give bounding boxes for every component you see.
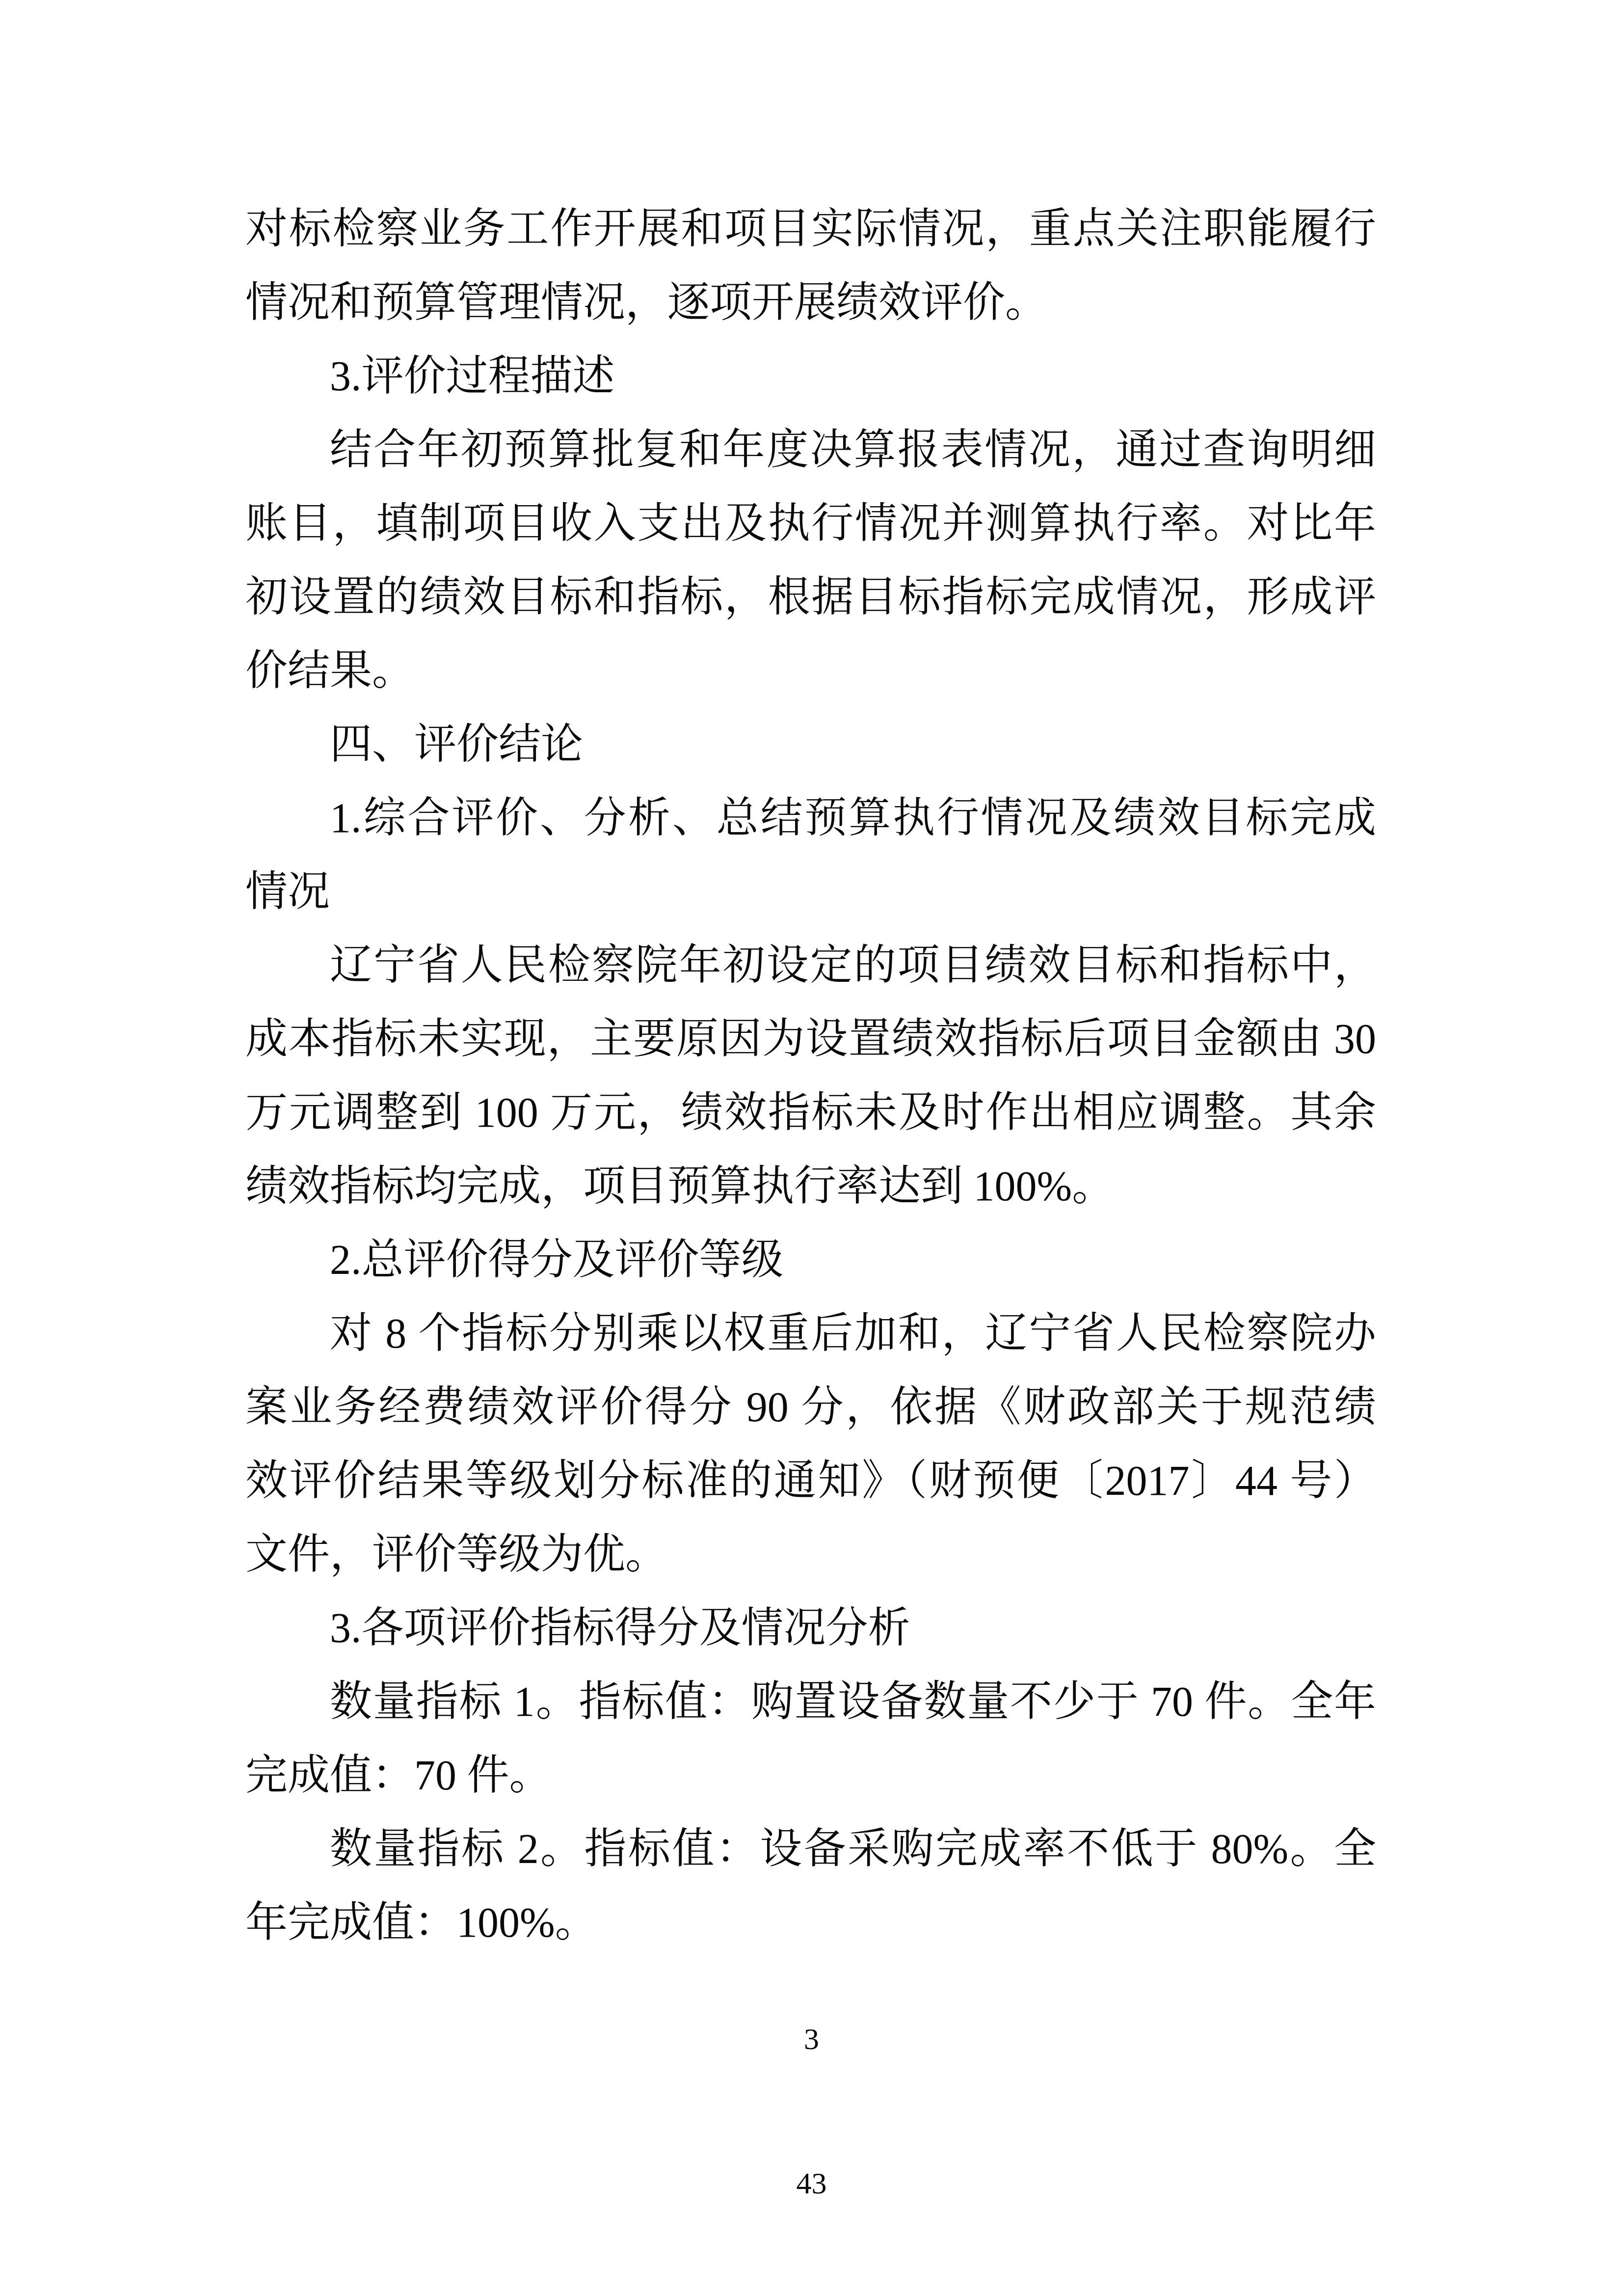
document-page: 对标检察业务工作开展和项目实际情况，重点关注职能履行 情况和预算管理情况，逐项开…: [0, 0, 1623, 2296]
text-line: 初设置的绩效目标和指标，根据目标指标完成情况，形成评: [245, 560, 1376, 634]
text-line: 数量指标 2。指标值：设备采购完成率不低于 80%。全: [245, 1812, 1376, 1886]
text-line: 成本指标未实现，主要原因为设置绩效指标后项目金额由 30: [245, 1002, 1376, 1076]
text-line: 完成值：70 件。: [245, 1738, 1376, 1812]
text-line: 年完成值：100%。: [245, 1886, 1376, 1959]
text-line: 绩效指标均完成，项目预算执行率达到 100%。: [245, 1149, 1376, 1223]
text-line: 价结果。: [245, 634, 1376, 707]
text-line: 结合年初预算批复和年度决算报表情况，通过查询明细: [245, 413, 1376, 486]
text-line: 数量指标 1。指标值：购置设备数量不少于 70 件。全年: [245, 1665, 1376, 1738]
inner-page-number: 3: [0, 2022, 1623, 2056]
section-heading: 四、评价结论: [245, 707, 1376, 781]
text-line: 案业务经费绩效评价得分 90 分，依据《财政部关于规范绩: [245, 1370, 1376, 1444]
text-line: 辽宁省人民检察院年初设定的项目绩效目标和指标中，: [245, 928, 1376, 1002]
section-heading: 2.总评价得分及评价等级: [245, 1223, 1376, 1297]
text-line: 情况: [245, 855, 1376, 928]
text-line: 对标检察业务工作开展和项目实际情况，重点关注职能履行: [245, 192, 1376, 266]
document-body: 对标检察业务工作开展和项目实际情况，重点关注职能履行 情况和预算管理情况，逐项开…: [245, 192, 1376, 1959]
text-line: 效评价结果等级划分标准的通知》（财预便〔2017〕44 号）: [245, 1444, 1376, 1517]
section-heading: 3.评价过程描述: [245, 339, 1376, 413]
text-line: 万元调整到 100 万元，绩效指标未及时作出相应调整。其余: [245, 1076, 1376, 1149]
text-line: 对 8 个指标分别乘以权重后加和，辽宁省人民检察院办: [245, 1297, 1376, 1370]
text-line: 情况和预算管理情况，逐项开展绩效评价。: [245, 266, 1376, 339]
text-line: 1.综合评价、分析、总结预算执行情况及绩效目标完成: [245, 781, 1376, 855]
text-line: 账目，填制项目收入支出及执行情况并测算执行率。对比年: [245, 486, 1376, 560]
section-heading: 3.各项评价指标得分及情况分析: [245, 1591, 1376, 1665]
text-line: 文件，评价等级为优。: [245, 1517, 1376, 1591]
outer-page-number: 43: [0, 2166, 1623, 2201]
